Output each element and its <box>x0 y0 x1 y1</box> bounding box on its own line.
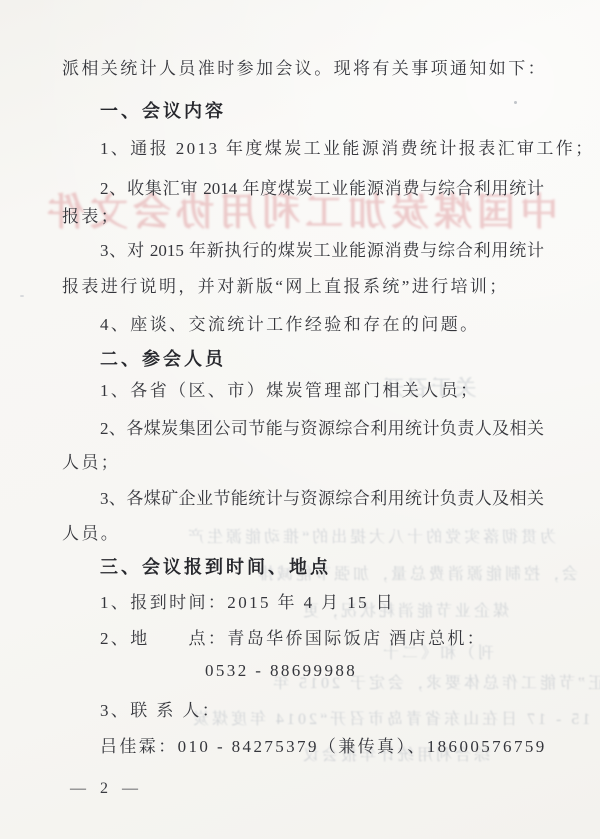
list-item: 3、各煤矿企业节能统计与资源综合利用统计负责人及相关 <box>100 488 544 510</box>
bleedthrough-line: 4 月 15 - 17 日在山东省青岛市召开“2014 年度煤炭 <box>190 706 600 729</box>
body-line: 人员； <box>62 452 120 474</box>
list-item: 3、对 2015 年新执行的煤炭工业能源消费与综合利用统计 <box>100 240 544 262</box>
bleedthrough-line: 为贯彻落实党的十八大提出的“推动能源生产 <box>185 524 556 547</box>
scanned-document-page: 中国煤炭加工利用协会文件 关于召开 为贯彻落实党的十八大提出的“推动能源生产 会… <box>0 0 600 839</box>
list-item: 1、各省（区、市）煤炭管理部门相关人员； <box>100 380 480 402</box>
page-number: — 2 — <box>70 778 143 800</box>
list-item: 2、地 点：青岛华侨国际饭店 酒店总机： <box>100 628 486 650</box>
section-heading-3: 三、会议报到时间、地点 <box>100 556 331 578</box>
section-heading-2: 二、参会人员 <box>100 348 226 370</box>
body-line: 报表进行说明，并对新版“网上直报系统”进行培训； <box>62 276 509 298</box>
paper-speck <box>514 101 517 104</box>
body-line: 报表； <box>62 206 120 228</box>
list-item: 1、通报 2013 年度煤炭工业能源消费统计报表汇审工作； <box>100 138 595 160</box>
body-line: 派相关统计人员准时参加会议。现将有关事项通知如下： <box>62 58 547 80</box>
list-item: 3、联 系 人： <box>100 700 221 722</box>
hotel-phone-number: 0532 - 88699988 <box>205 660 357 682</box>
list-item: 1、报到时间：2015 年 4 月 15 日 <box>100 592 395 614</box>
paper-speck <box>20 295 24 297</box>
list-item: 2、各煤炭集团公司节能与资源综合利用统计负责人及相关 <box>100 418 544 440</box>
body-line: 人员。 <box>62 523 120 545</box>
list-item: 2、收集汇审 2014 年度煤炭工业能源消费与综合利用统计 <box>100 178 544 200</box>
section-heading-1: 一、会议内容 <box>100 100 226 122</box>
contact-phone-line: 吕佳霖：010 - 84275379（兼传真）、18600576759 <box>100 736 547 758</box>
list-item: 4、座谈、交流统计工作经验和存在的问题。 <box>100 314 480 336</box>
